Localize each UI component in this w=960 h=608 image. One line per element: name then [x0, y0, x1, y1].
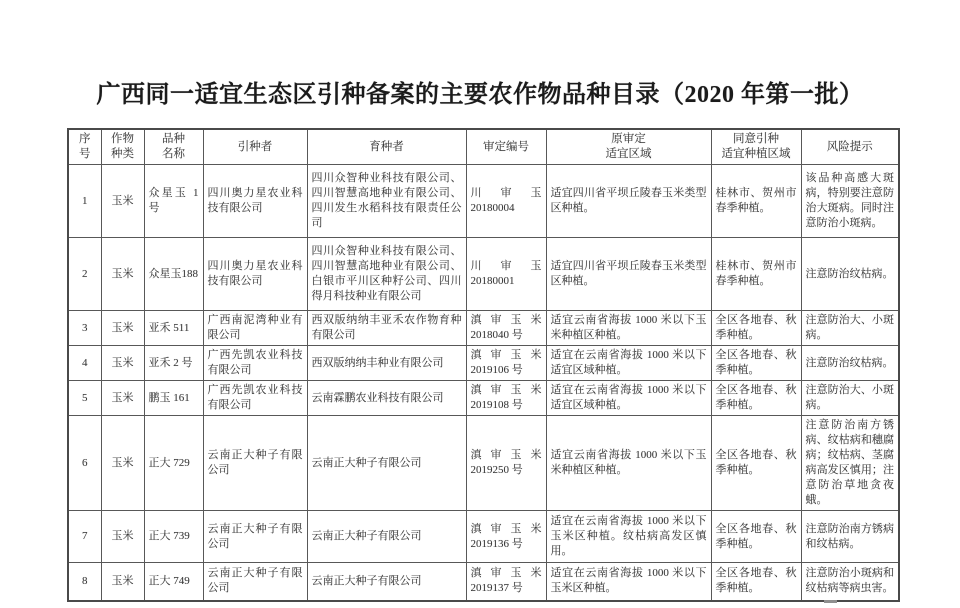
cell-original-region: 适宜在云南省海拔 1000 米以下适宜区域种植。	[546, 381, 711, 416]
cell-breeder: 四川众智种业科技有限公司、四川智慧高地种业有限公司、白银市平川区种籽公司、四川得…	[307, 238, 466, 311]
cell-breeder: 云南正大种子有限公司	[307, 563, 466, 601]
cell-crop-type: 玉米	[101, 238, 144, 311]
cell-approval-number: 滇审玉米 2019106 号	[466, 346, 546, 381]
cell-risk-warning: 注意防治纹枯病。	[801, 346, 899, 381]
cell-risk-warning: 注意防治纹枯病。	[801, 238, 899, 311]
cell-original-region: 适宜云南省海拔 1000 米以下玉米种植区种植。	[546, 416, 711, 511]
cell-no: 8	[68, 563, 101, 601]
cell-agreed-region: 全区各地春、秋季种植。	[711, 381, 801, 416]
cell-original-region: 适宜云南省海拔 1000 米以下玉米种植区种植。	[546, 311, 711, 346]
cell-introducer: 云南正大种子有限公司	[203, 563, 307, 601]
cell-introducer: 云南正大种子有限公司	[203, 511, 307, 563]
cell-approval-number: 滇审玉米 2019250 号	[466, 416, 546, 511]
cell-approval-number: 滇审玉米 2019137 号	[466, 563, 546, 601]
col-header-risk-warning: 风险提示	[801, 129, 899, 165]
col-header-introducer: 引种者	[203, 129, 307, 165]
table-row: 3 玉米 亚禾 511 广西南泥湾种业有限公司 西双版纳纳丰亚禾农作物育种有限公…	[68, 311, 899, 346]
cell-risk-warning: 注意防治大、小斑病。	[801, 311, 899, 346]
col-header-agreed-region: 同意引种 适宜种植区域	[711, 129, 801, 165]
document-page: 广西同一适宜生态区引种备案的主要农作物品种目录（2020 年第一批） 序 号 作…	[0, 0, 960, 608]
cell-agreed-region: 全区各地春、秋季种植。	[711, 511, 801, 563]
cell-crop-type: 玉米	[101, 381, 144, 416]
cell-no: 4	[68, 346, 101, 381]
cell-agreed-region: 桂林市、贺州市春季种植。	[711, 165, 801, 238]
table-row: 4 玉米 亚禾 2 号 广西先凯农业科技有限公司 西双版纳纳丰种业有限公司 滇审…	[68, 346, 899, 381]
table-row: 6 玉米 正大 729 云南正大种子有限公司 云南正大种子有限公司 滇审玉米 2…	[68, 416, 899, 511]
cell-no: 3	[68, 311, 101, 346]
cell-introducer: 四川奥力星农业科技有限公司	[203, 165, 307, 238]
col-header-original-region: 原审定 适宜区域	[546, 129, 711, 165]
cell-breeder: 云南正大种子有限公司	[307, 416, 466, 511]
cell-breeder: 西双版纳纳丰种业有限公司	[307, 346, 466, 381]
table-row: 8 玉米 正大 749 云南正大种子有限公司 云南正大种子有限公司 滇审玉米 2…	[68, 563, 899, 601]
col-header-breeder: 育种者	[307, 129, 466, 165]
cell-crop-type: 玉米	[101, 563, 144, 601]
table-row: 1 玉米 众星玉 1 号 四川奥力星农业科技有限公司 四川众智种业科技有限公司、…	[68, 165, 899, 238]
cell-agreed-region: 全区各地春、秋季种植。	[711, 416, 801, 511]
cell-breeder: 四川众智种业科技有限公司、四川智慧高地种业有限公司、四川发生水稻科技有限责任公司	[307, 165, 466, 238]
cell-introducer: 四川奥力星农业科技有限公司	[203, 238, 307, 311]
cell-no: 6	[68, 416, 101, 511]
cell-crop-type: 玉米	[101, 511, 144, 563]
cell-no: 7	[68, 511, 101, 563]
cell-original-region: 适宜在云南省海拔 1000 米以下玉米区种植。纹枯病高发区慎用。	[546, 511, 711, 563]
cell-introducer: 广西南泥湾种业有限公司	[203, 311, 307, 346]
varieties-table: 序 号 作物 种类 品种 名称 引种者 育种者 审定编号 原审定 适宜区域 同意…	[67, 128, 900, 602]
cell-no: 5	[68, 381, 101, 416]
cell-variety-name: 众星玉188	[144, 238, 203, 311]
cell-introducer: 广西先凯农业科技有限公司	[203, 346, 307, 381]
cell-agreed-region: 全区各地春、秋季种植。	[711, 346, 801, 381]
page-title: 广西同一适宜生态区引种备案的主要农作物品种目录（2020 年第一批）	[0, 74, 960, 109]
cell-variety-name: 鹏玉 161	[144, 381, 203, 416]
cell-original-region: 适宜四川省平坝丘陵春玉米类型区种植。	[546, 165, 711, 238]
cell-breeder: 云南正大种子有限公司	[307, 511, 466, 563]
col-header-crop-type: 作物 种类	[101, 129, 144, 165]
cell-crop-type: 玉米	[101, 416, 144, 511]
cell-risk-warning: 注意防治小斑病和纹枯病等病虫害。	[801, 563, 899, 601]
page-number-mark	[824, 600, 837, 603]
cell-original-region: 适宜四川省平坝丘陵春玉米类型区种植。	[546, 238, 711, 311]
cell-crop-type: 玉米	[101, 165, 144, 238]
cell-approval-number: 滇审玉米 2018040 号	[466, 311, 546, 346]
table-row: 7 玉米 正大 739 云南正大种子有限公司 云南正大种子有限公司 滇审玉米 2…	[68, 511, 899, 563]
cell-original-region: 适宜在云南省海拔 1000 米以下适宜区域种植。	[546, 346, 711, 381]
cell-agreed-region: 桂林市、贺州市春季种植。	[711, 238, 801, 311]
cell-risk-warning: 注意防治大、小斑病。	[801, 381, 899, 416]
cell-crop-type: 玉米	[101, 346, 144, 381]
col-header-variety-name: 品种 名称	[144, 129, 203, 165]
cell-introducer: 广西先凯农业科技有限公司	[203, 381, 307, 416]
cell-crop-type: 玉米	[101, 311, 144, 346]
cell-variety-name: 亚禾 511	[144, 311, 203, 346]
cell-approval-number: 川审玉 20180001	[466, 238, 546, 311]
cell-variety-name: 正大 749	[144, 563, 203, 601]
cell-no: 1	[68, 165, 101, 238]
cell-original-region: 适宜在云南省海拔 1000 米以下玉米区种植。	[546, 563, 711, 601]
cell-approval-number: 滇审玉米 2019108 号	[466, 381, 546, 416]
cell-risk-warning: 注意防治南方锈病、纹枯病和穗腐病；纹枯病、茎腐病高发区慎用；注意防治草地贪夜蛾。	[801, 416, 899, 511]
table-row: 2 玉米 众星玉188 四川奥力星农业科技有限公司 四川众智种业科技有限公司、四…	[68, 238, 899, 311]
cell-breeder: 西双版纳纳丰亚禾农作物育种有限公司	[307, 311, 466, 346]
cell-variety-name: 正大 729	[144, 416, 203, 511]
col-header-no: 序 号	[68, 129, 101, 165]
cell-variety-name: 正大 739	[144, 511, 203, 563]
cell-approval-number: 滇审玉米 2019136 号	[466, 511, 546, 563]
cell-agreed-region: 全区各地春、秋季种植。	[711, 563, 801, 601]
table-row: 5 玉米 鹏玉 161 广西先凯农业科技有限公司 云南霖鹏农业科技有限公司 滇审…	[68, 381, 899, 416]
cell-risk-warning: 注意防治南方锈病和纹枯病。	[801, 511, 899, 563]
cell-breeder: 云南霖鹏农业科技有限公司	[307, 381, 466, 416]
cell-agreed-region: 全区各地春、秋季种植。	[711, 311, 801, 346]
cell-approval-number: 川审玉 20180004	[466, 165, 546, 238]
cell-introducer: 云南正大种子有限公司	[203, 416, 307, 511]
cell-variety-name: 众星玉 1 号	[144, 165, 203, 238]
cell-variety-name: 亚禾 2 号	[144, 346, 203, 381]
table-header-row: 序 号 作物 种类 品种 名称 引种者 育种者 审定编号 原审定 适宜区域 同意…	[68, 129, 899, 165]
col-header-approval-number: 审定编号	[466, 129, 546, 165]
cell-no: 2	[68, 238, 101, 311]
cell-risk-warning: 该品种高感大斑病，特别要注意防治大斑病。同时注意防治小斑病。	[801, 165, 899, 238]
